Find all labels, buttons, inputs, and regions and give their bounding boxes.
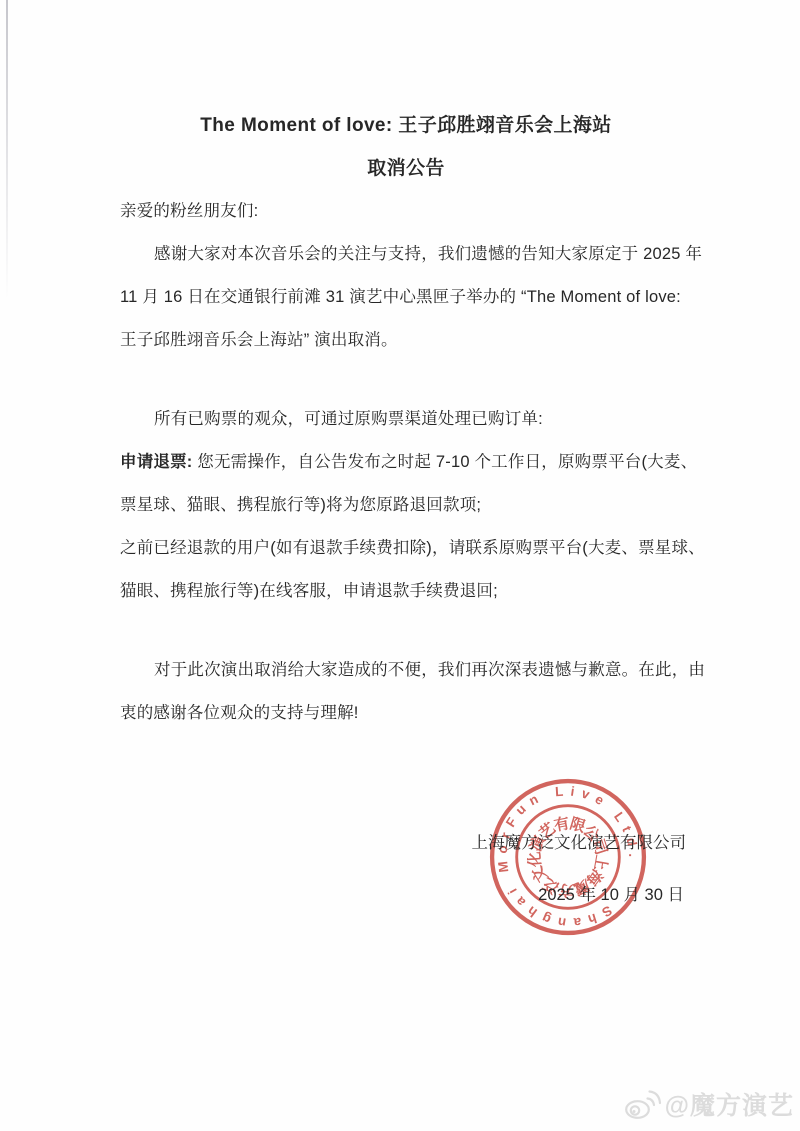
signature-company: 上海魔方泛文化演艺有限公司 — [472, 829, 687, 853]
signature-date: 2025 年 10 月 30 日 — [538, 881, 684, 905]
document-page: The Moment of love: 王子邱胜翊音乐会上海站 取消公告 亲爱的… — [0, 0, 800, 1131]
refund-line1-rest: 您无需操作，自公告发布之时起 7-10 个工作日，原购票平台(大麦、 — [193, 453, 698, 471]
paragraph1-line1: 感谢大家对本次音乐会的关注与支持，我们遗憾的告知大家原定于 2025 年 — [120, 233, 692, 276]
closing-line2: 衷的感谢各位观众的支持与理解! — [120, 692, 692, 735]
refund-line4: 猫眼、携程旅行等)在线客服，申请退款手续费退回; — [120, 570, 692, 613]
refund-bold-label: 申请退票: — [120, 453, 193, 471]
company-seal-svg: Shanghai MorFun Live Ltd. 上海魔方泛文化演艺有限公司 — [489, 778, 647, 936]
weibo-watermark: @魔方演艺 — [624, 1086, 794, 1122]
seal-outer-circle — [492, 781, 644, 933]
refund-line1: 申请退票: 您无需操作，自公告发布之时起 7-10 个工作日，原购票平台(大麦、 — [120, 441, 692, 484]
page-subtitle: 取消公告 — [120, 147, 692, 190]
weibo-icon — [624, 1088, 662, 1120]
scan-artifact-line — [6, 0, 8, 300]
refund-line2: 票星球、猫眼、携程旅行等)将为您原路退回款项; — [120, 484, 692, 527]
notice-body: The Moment of love: 王子邱胜翊音乐会上海站 取消公告 亲爱的… — [120, 104, 692, 735]
watermark-handle: @魔方演艺 — [665, 1086, 794, 1122]
page-title: The Moment of love: 王子邱胜翊音乐会上海站 — [120, 104, 692, 147]
paragraph1-line2: 11 月 16 日在交通银行前滩 31 演艺中心黑匣子举办的 “The Mome… — [120, 276, 692, 319]
salutation: 亲爱的粉丝朋友们: — [120, 190, 692, 233]
company-seal-stamp: Shanghai MorFun Live Ltd. 上海魔方泛文化演艺有限公司 — [489, 778, 647, 936]
paragraph1-line3: 王子邱胜翊音乐会上海站” 演出取消。 — [120, 319, 692, 362]
paragraph2-line1: 所有已购票的观众，可通过原购票渠道处理已购订单: — [120, 398, 692, 441]
refund-line3: 之前已经退款的用户(如有退款手续费扣除)，请联系原购票平台(大麦、票星球、 — [120, 527, 692, 570]
closing-line1: 对于此次演出取消给大家造成的不便，我们再次深表遗憾与歉意。在此，由 — [120, 649, 692, 692]
